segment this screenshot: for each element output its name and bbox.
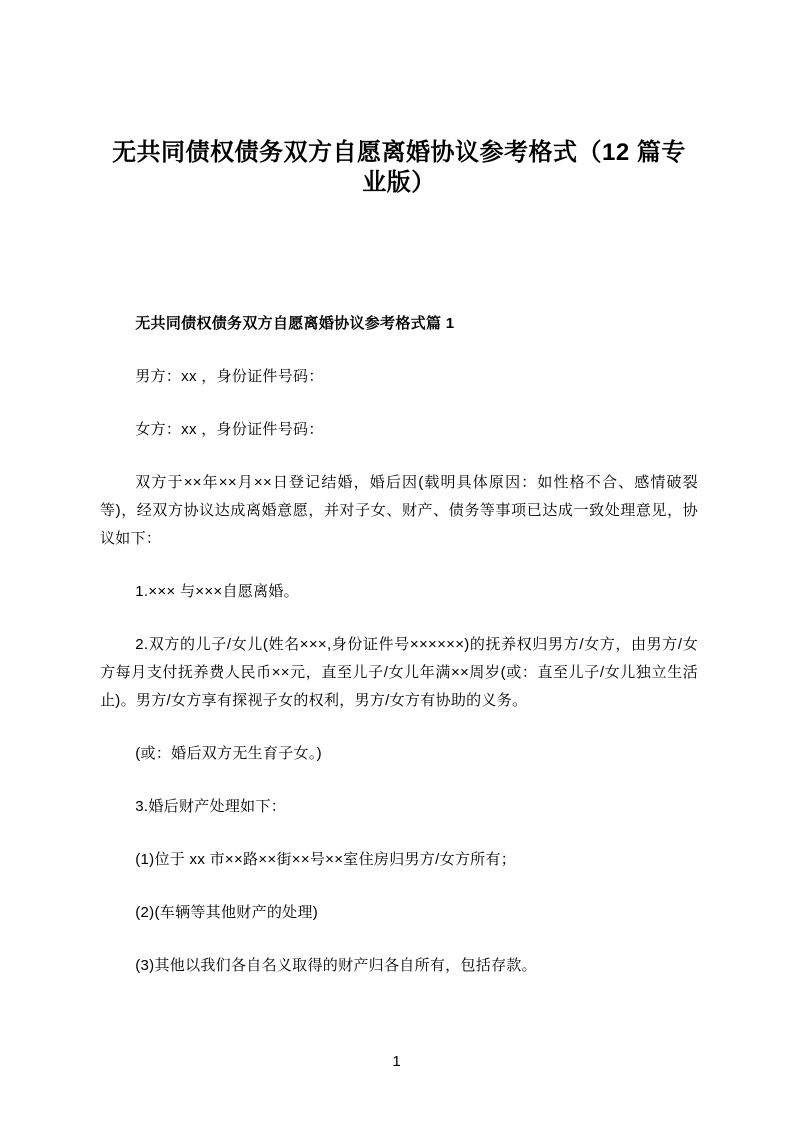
paragraph-property-item-1-house: (1)位于 xx 市××路××街××号××室住房归男方/女方所有； xyxy=(100,846,698,874)
paragraph-husband-info: 男方：xx ，身份证件号码： xyxy=(100,363,698,391)
section-heading: 无共同债权债务双方自愿离婚协议参考格式篇 1 xyxy=(100,310,698,338)
paragraph-no-children-alternative: (或：婚后双方无生育子女。) xyxy=(100,740,698,768)
paragraph-clause-3-property: 3.婚后财产处理如下： xyxy=(100,793,698,821)
page-number: 1 xyxy=(0,1052,793,1072)
paragraph-marriage-background: 双方于××年××月××日登记结婚，婚后因(载明具体原因：如性格不合、感情破裂等)… xyxy=(100,469,698,553)
document-page: 无共同债权债务双方自愿离婚协议参考格式（12 篇专业版） 无共同债权债务双方自愿… xyxy=(0,0,793,1122)
paragraph-clause-2-custody: 2.双方的儿子/女儿(姓名×××,身份证件号××××××)的抚养权归男方/女方，… xyxy=(100,631,698,715)
document-body: 无共同债权债务双方自愿离婚协议参考格式篇 1 男方：xx ，身份证件号码： 女方… xyxy=(100,310,698,980)
paragraph-clause-1-divorce: 1.××× 与×××自愿离婚。 xyxy=(100,578,698,606)
document-title: 无共同债权债务双方自愿离婚协议参考格式（12 篇专业版） xyxy=(100,138,698,198)
paragraph-wife-info: 女方：xx ，身份证件号码： xyxy=(100,416,698,444)
paragraph-property-item-2-vehicle: (2)(车辆等其他财产的处理) xyxy=(100,899,698,927)
paragraph-property-item-3-other: (3)其他以我们各自名义取得的财产归各自所有，包括存款。 xyxy=(100,952,698,980)
